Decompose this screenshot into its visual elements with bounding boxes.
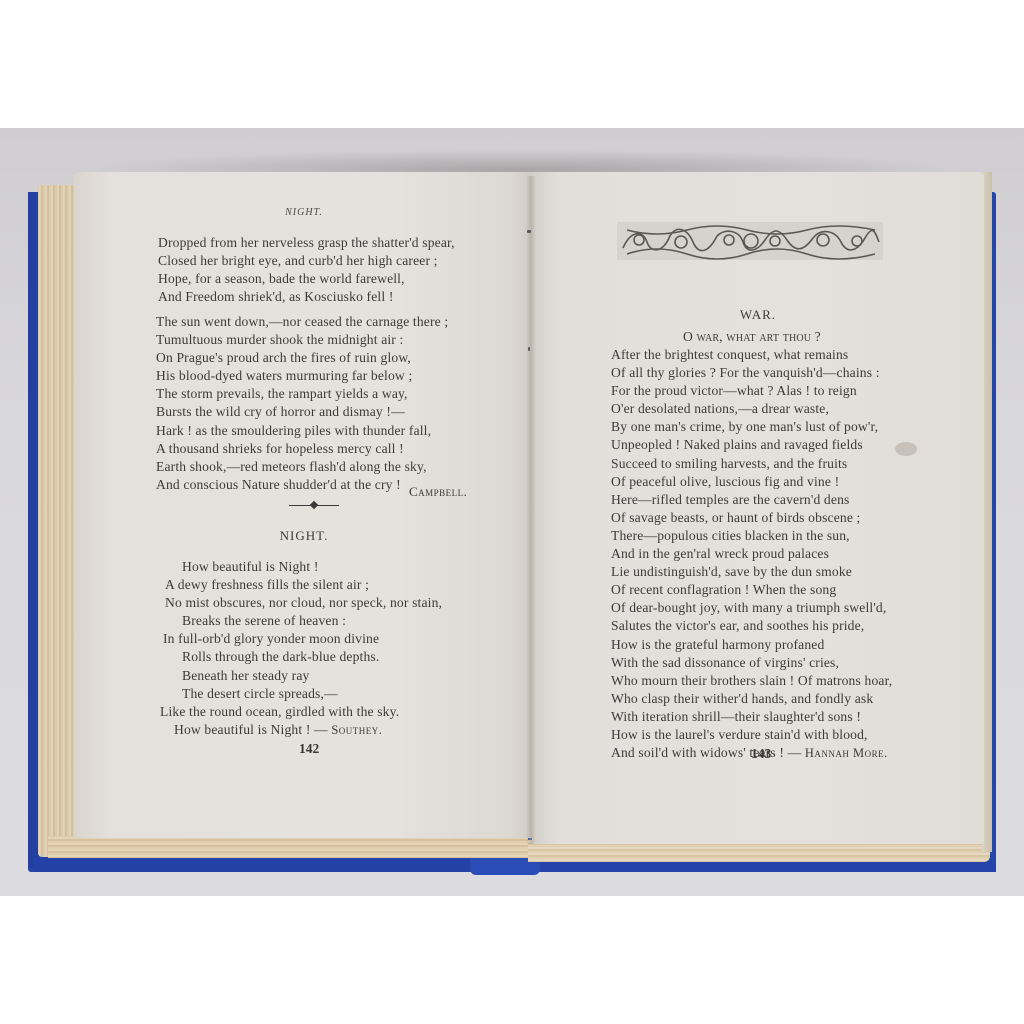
poem-war-body: After the brightest conquest, what remai… [611,346,892,762]
verse-line: The storm prevails, the rampart yields a… [156,385,448,403]
book-gutter [526,176,536,844]
verse-line: O'er desolated nations,—a drear waste, [611,400,892,418]
verse-line: Who clasp their wither'd hands, and fond… [611,690,892,708]
poem-night-southey: How beautiful is Night ! A dewy freshnes… [160,558,442,739]
poem-title-night: NIGHT. [74,528,534,544]
verse-line: Closed her bright eye, and curb'd her hi… [158,252,455,270]
verse-line: Succeed to smiling harvests, and the fru… [611,455,892,473]
page-number-right: 143 [751,746,771,762]
verse-line: Unpeopled ! Naked plains and ravaged fie… [611,436,892,454]
poem-stanza-2: The sun went down,—nor ceased the carnag… [156,313,448,494]
verse-line: For the proud victor—what ? Alas ! to re… [611,382,892,400]
binding-thread [527,230,531,233]
verse-line: Who mourn their brothers slain ! Of matr… [611,672,892,690]
verse-line: Bursts the wild cry of horror and dismay… [156,403,448,421]
verse-line: Hark ! as the smouldering piles with thu… [156,422,448,440]
verse-line: How beautiful is Night ! [160,558,442,576]
attribution-southey: Southey. [331,723,382,737]
verse-line-with-attribution: How beautiful is Night ! — Southey. [160,721,442,739]
verse-line: How is the laurel's verdure stain'd with… [611,726,892,744]
verse-line: And conscious Nature shudder'd at the cr… [156,476,448,494]
verse-line: Of recent conflagration ! When the song [611,581,892,599]
verse-line: Salutes the victor's ear, and soothes hi… [611,617,892,635]
verse-line: By one man's crime, by one man's lust of… [611,418,892,436]
verse-line: Hope, for a season, bade the world farew… [158,270,455,288]
verse-line: A dewy freshness fills the silent air ; [160,576,442,594]
verse-line: With the sad dissonance of virgins' crie… [611,654,892,672]
verse-line: How is the grateful harmony profaned [611,636,892,654]
verse-line: And soil'd with widows' tears ! — [611,745,801,760]
verse-line: With iteration shrill—their slaughter'd … [611,708,892,726]
attribution-campbell: Campbell. [409,484,467,500]
verse-line: No mist obscures, nor cloud, nor speck, … [160,594,442,612]
binding-thread [528,347,530,351]
verse-line: There—populous cities blacken in the sun… [611,527,892,545]
verse-line: Beneath her steady ray [160,667,442,685]
verse-line: On Prague's proud arch the fires of ruin… [156,349,448,367]
verse-line: Of dear-bought joy, with many a triumph … [611,599,892,617]
page-number-left: 142 [299,741,319,757]
page-block-left-edge [38,185,78,857]
verse-line: Breaks the serene of heaven : [160,612,442,630]
verse-line: The sun went down,—nor ceased the carnag… [156,313,448,331]
verse-line: Of all thy glories ? For the vanquish'd—… [611,364,892,382]
verse-line: And Freedom shriek'd, as Kosciusko fell … [158,288,455,306]
paper-stain [895,442,917,456]
floral-headpiece-icon [617,222,883,260]
attribution-hannah-more: Hannah More. [805,746,888,760]
verse-line: And in the gen'ral wreck proud palaces [611,545,892,563]
verse-line: A thousand shrieks for hopeless mercy ca… [156,440,448,458]
verse-line: Dropped from her nerveless grasp the sha… [158,234,455,252]
verse-line: Here—rifled temples are the cavern'd den… [611,491,892,509]
verse-line: The desert circle spreads,— [160,685,442,703]
verse-line: Tumultuous murder shook the midnight air… [156,331,448,349]
verse-line: Earth shook,—red meteors flash'd along t… [156,458,448,476]
verse-line: In full-orb'd glory yonder moon divine [160,630,442,648]
verse-line: Rolls through the dark-blue depths. [160,648,442,666]
verse-line: His blood-dyed waters murmuring far belo… [156,367,448,385]
poem-title-war: WAR. [532,307,984,323]
verse-line: Of savage beasts, or haunt of birds obsc… [611,509,892,527]
verse-line: Lie undistinguish'd, save by the dun smo… [611,563,892,581]
verse-line: After the brightest conquest, what remai… [611,346,892,364]
poem-stanza-1: Dropped from her nerveless grasp the sha… [158,234,455,306]
ornament-svg [617,222,883,260]
verse-line: How beautiful is Night ! — [174,722,328,737]
war-opening-line: O war, what art thou ? [683,328,821,346]
running-head: NIGHT. [74,207,534,218]
verse-line: Like the round ocean, girdled with the s… [160,703,442,721]
page-block-bottom-left [48,836,528,858]
cover-bottom-left-edge [34,858,494,872]
verse-line: Of peaceful olive, luscious fig and vine… [611,473,892,491]
